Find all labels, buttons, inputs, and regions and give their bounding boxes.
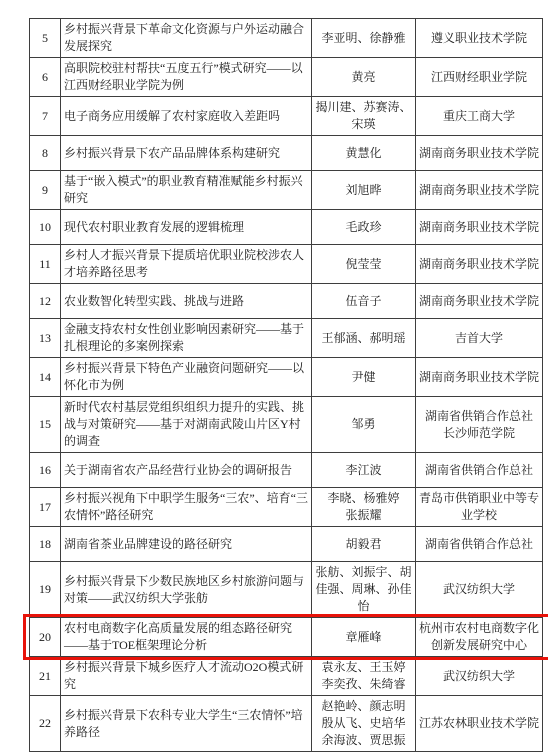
paper-authors: 胡毅君 <box>312 527 416 562</box>
row-number: 16 <box>30 453 61 488</box>
paper-authors: 毛政珍 <box>312 210 416 245</box>
table-row: 22 乡村振兴背景下农科专业大学生“三农情怀”培养路径 赵艳岭、颜志明 殷从飞、… <box>30 696 543 752</box>
table-row: 13 金融支持农村女性创业影响因素研究——基于扎根理论的多案例探索 王郁涵、郝明… <box>30 319 543 358</box>
paper-institution: 江西财经职业学院 <box>416 58 543 97</box>
paper-title: 基于“嵌入模式”的职业教育精准赋能乡村振兴研究 <box>61 171 312 210</box>
papers-table: 5 乡村振兴背景下革命文化资源与户外运动融合发展探究 李亚明、徐静雅 遵义职业技… <box>29 18 543 752</box>
paper-title: 关于湖南省农产品经营行业协会的调研报告 <box>61 453 312 488</box>
paper-authors: 邹勇 <box>312 397 416 453</box>
paper-institution: 湖南商务职业技术学院 <box>416 245 543 284</box>
paper-institution: 湖南商务职业技术学院 <box>416 358 543 397</box>
row-number: 15 <box>30 397 61 453</box>
paper-institution: 重庆工商大学 <box>416 97 543 136</box>
paper-title: 乡村振兴背景下特色产业融资问题研究——以怀化市为例 <box>61 358 312 397</box>
paper-authors: 王郁涵、郝明瑶 <box>312 319 416 358</box>
paper-authors: 倪莹莹 <box>312 245 416 284</box>
paper-institution: 江苏农林职业技术学院 <box>416 696 543 752</box>
table-row: 16 关于湖南省农产品经营行业协会的调研报告 李江波 湖南省供销合作总社 <box>30 453 543 488</box>
table-row: 12 农业数智化转型实践、挑战与进路 伍音子 湖南商务职业技术学院 <box>30 284 543 319</box>
row-number: 19 <box>30 562 61 618</box>
paper-authors: 揭川建、苏赛涛、宋瑛 <box>312 97 416 136</box>
table-row: 20 农村电商数字化高质量发展的组态路径研究——基于TOE框架理论分析 章雁峰 … <box>30 618 543 657</box>
table-row: 21 乡村振兴背景下城乡医疗人才流动O2O模式研究 袁永友、王玉婷 李奕孜、朱绮… <box>30 657 543 696</box>
paper-title: 新时代农村基层党组织组织力提升的实践、挑战与对策研究——基于对湖南武陵山片区Y村… <box>61 397 312 453</box>
paper-authors: 章雁峰 <box>312 618 416 657</box>
paper-institution: 武汉纺织大学 <box>416 657 543 696</box>
paper-institution: 湖南商务职业技术学院 <box>416 136 543 171</box>
row-number: 7 <box>30 97 61 136</box>
paper-authors: 张舫、刘振宇、胡佳强、周琳、孙佳怡 <box>312 562 416 618</box>
row-number: 6 <box>30 58 61 97</box>
row-number: 5 <box>30 19 61 58</box>
paper-title: 现代农村职业教育发展的逻辑梳理 <box>61 210 312 245</box>
table-row: 5 乡村振兴背景下革命文化资源与户外运动融合发展探究 李亚明、徐静雅 遵义职业技… <box>30 19 543 58</box>
row-number: 12 <box>30 284 61 319</box>
row-number: 13 <box>30 319 61 358</box>
paper-institution: 湖南省供销合作总社 长沙师范学院 <box>416 397 543 453</box>
paper-title: 电子商务应用缓解了农村家庭收入差距吗 <box>61 97 312 136</box>
row-number: 11 <box>30 245 61 284</box>
paper-institution: 湖南商务职业技术学院 <box>416 171 543 210</box>
paper-title: 乡村振兴背景下城乡医疗人才流动O2O模式研究 <box>61 657 312 696</box>
row-number: 18 <box>30 527 61 562</box>
row-number: 17 <box>30 488 61 527</box>
paper-authors: 黄慧化 <box>312 136 416 171</box>
row-number: 20 <box>30 618 61 657</box>
table-row: 6 高职院校驻村帮扶“五度五行”模式研究——以江西财经职业学院为例 黄亮 江西财… <box>30 58 543 97</box>
row-number: 14 <box>30 358 61 397</box>
paper-authors: 赵艳岭、颜志明 殷从飞、史培华 余海波、贾思振 <box>312 696 416 752</box>
row-number: 8 <box>30 136 61 171</box>
paper-title: 乡村振兴背景下农产品品牌体系构建研究 <box>61 136 312 171</box>
paper-title: 乡村人才振兴背景下提质培优职业院校涉农人才培养路径思考 <box>61 245 312 284</box>
paper-title: 乡村振兴背景下少数民族地区乡村旅游问题与对策——武汉纺织大学张舫 <box>61 562 312 618</box>
table-row: 19 乡村振兴背景下少数民族地区乡村旅游问题与对策——武汉纺织大学张舫 张舫、刘… <box>30 562 543 618</box>
paper-title: 农村电商数字化高质量发展的组态路径研究——基于TOE框架理论分析 <box>61 618 312 657</box>
table-row: 17 乡村振兴视角下中职学生服务“三农”、培育“三农情怀”路径研究 李晓、杨雅婷… <box>30 488 543 527</box>
paper-authors: 李亚明、徐静雅 <box>312 19 416 58</box>
row-number: 22 <box>30 696 61 752</box>
paper-title: 金融支持农村女性创业影响因素研究——基于扎根理论的多案例探索 <box>61 319 312 358</box>
row-number: 10 <box>30 210 61 245</box>
paper-authors: 李晓、杨雅婷 张振耀 <box>312 488 416 527</box>
paper-authors: 伍音子 <box>312 284 416 319</box>
table-row: 11 乡村人才振兴背景下提质培优职业院校涉农人才培养路径思考 倪莹莹 湖南商务职… <box>30 245 543 284</box>
paper-institution: 青岛市供销职业中等专业学校 <box>416 488 543 527</box>
table-row: 7 电子商务应用缓解了农村家庭收入差距吗 揭川建、苏赛涛、宋瑛 重庆工商大学 <box>30 97 543 136</box>
paper-title: 农业数智化转型实践、挑战与进路 <box>61 284 312 319</box>
table-row: 14 乡村振兴背景下特色产业融资问题研究——以怀化市为例 尹健 湖南商务职业技术… <box>30 358 543 397</box>
paper-title: 高职院校驻村帮扶“五度五行”模式研究——以江西财经职业学院为例 <box>61 58 312 97</box>
row-number: 9 <box>30 171 61 210</box>
table-row: 10 现代农村职业教育发展的逻辑梳理 毛政珍 湖南商务职业技术学院 <box>30 210 543 245</box>
table-row: 15 新时代农村基层党组织组织力提升的实践、挑战与对策研究——基于对湖南武陵山片… <box>30 397 543 453</box>
document-page: 5 乡村振兴背景下革命文化资源与户外运动融合发展探究 李亚明、徐静雅 遵义职业技… <box>29 18 531 752</box>
paper-authors: 刘旭晔 <box>312 171 416 210</box>
paper-authors: 黄亮 <box>312 58 416 97</box>
table-body: 5 乡村振兴背景下革命文化资源与户外运动融合发展探究 李亚明、徐静雅 遵义职业技… <box>30 19 543 752</box>
table-row: 8 乡村振兴背景下农产品品牌体系构建研究 黄慧化 湖南商务职业技术学院 <box>30 136 543 171</box>
paper-institution: 吉首大学 <box>416 319 543 358</box>
paper-authors: 李江波 <box>312 453 416 488</box>
paper-institution: 湖南商务职业技术学院 <box>416 284 543 319</box>
paper-institution: 杭州市农村电商数字化创新发展研究中心 <box>416 618 543 657</box>
paper-authors: 袁永友、王玉婷 李奕孜、朱绮睿 <box>312 657 416 696</box>
paper-title: 湖南省茶业品牌建设的路径研究 <box>61 527 312 562</box>
paper-institution: 湖南省供销合作总社 <box>416 527 543 562</box>
table-row: 9 基于“嵌入模式”的职业教育精准赋能乡村振兴研究 刘旭晔 湖南商务职业技术学院 <box>30 171 543 210</box>
paper-institution: 遵义职业技术学院 <box>416 19 543 58</box>
paper-institution: 湖南省供销合作总社 <box>416 453 543 488</box>
paper-authors: 尹健 <box>312 358 416 397</box>
paper-title: 乡村振兴背景下革命文化资源与户外运动融合发展探究 <box>61 19 312 58</box>
paper-institution: 武汉纺织大学 <box>416 562 543 618</box>
paper-institution: 湖南商务职业技术学院 <box>416 210 543 245</box>
row-number: 21 <box>30 657 61 696</box>
paper-title: 乡村振兴视角下中职学生服务“三农”、培育“三农情怀”路径研究 <box>61 488 312 527</box>
table-row: 18 湖南省茶业品牌建设的路径研究 胡毅君 湖南省供销合作总社 <box>30 527 543 562</box>
paper-title: 乡村振兴背景下农科专业大学生“三农情怀”培养路径 <box>61 696 312 752</box>
